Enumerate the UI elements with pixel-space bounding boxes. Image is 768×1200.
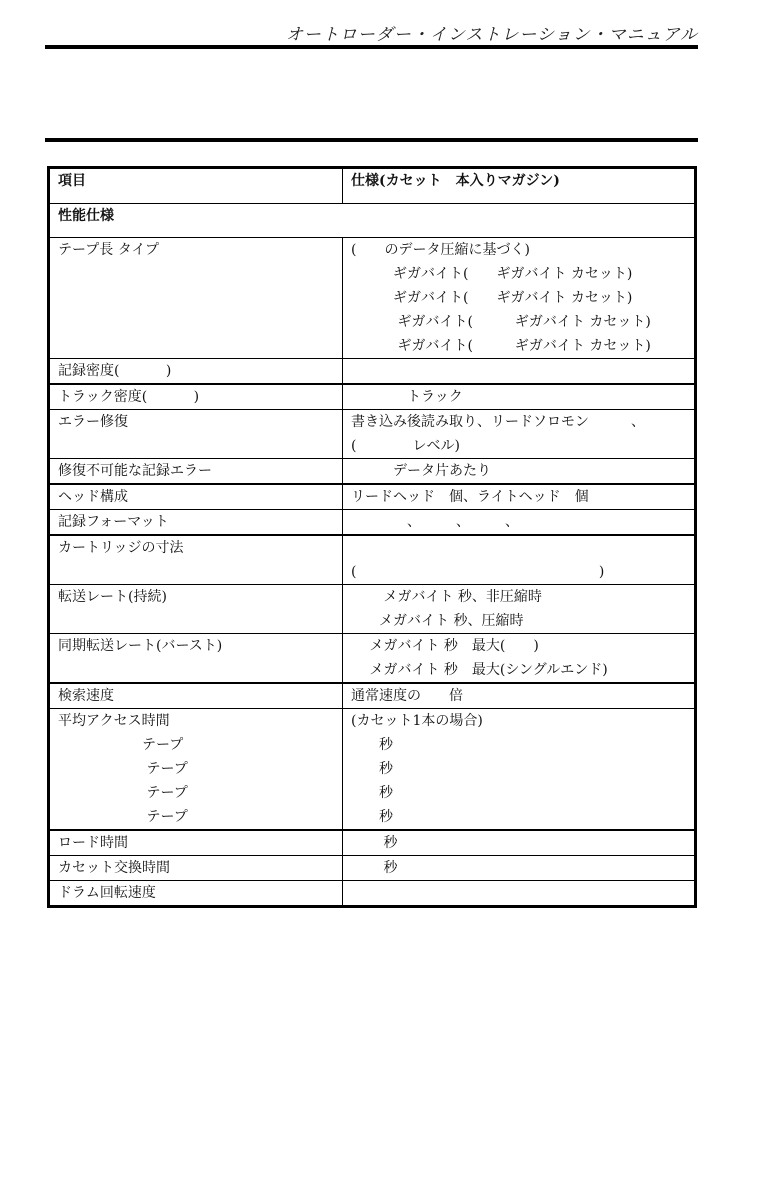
table-header-row: 項目 仕様(カセット 本入りマガジン) — [49, 168, 696, 204]
value-line: 通常速度の 倍 — [351, 684, 686, 708]
table-row: 平均アクセス時間 テープ テープ テープ テープ(カセット1本の場合) 秒 秒 … — [49, 709, 696, 831]
row-value: メガバイト 秒 最大( ) メガバイト 秒 最大(シングルエンド) — [343, 634, 696, 684]
row-label: ドラム回転速度 — [49, 881, 343, 907]
row-label: 同期転送レート(バースト) — [49, 634, 343, 684]
value-line: メガバイト 秒、圧縮時 — [351, 609, 686, 633]
row-value: ( のデータ圧縮に基づく) ギガバイト( ギガバイト カセット) ギガバイト( … — [343, 238, 696, 359]
value-line: 秒 — [351, 757, 686, 781]
label-line: カートリッジの寸法 — [58, 536, 334, 560]
value-line: 秒 — [351, 781, 686, 805]
row-label: ヘッド構成 — [49, 484, 343, 510]
value-line: メガバイト 秒 最大( ) — [351, 634, 686, 658]
row-value: 、 、 、 — [343, 510, 696, 536]
table-row: 記録フォーマット 、 、 、 — [49, 510, 696, 536]
label-line: 修復不可能な記録エラー — [58, 459, 334, 483]
value-line — [351, 359, 686, 383]
row-value — [343, 881, 696, 907]
row-label: ロード時間 — [49, 830, 343, 856]
section-title: 性能仕様 — [49, 204, 696, 238]
header-rule — [45, 45, 698, 49]
row-value: 通常速度の 倍 — [343, 683, 696, 709]
value-line: ギガバイト( ギガバイト カセット) — [351, 334, 686, 358]
value-line: 秒 — [351, 831, 686, 855]
value-line: 秒 — [351, 856, 686, 880]
table-row: カセット交換時間 秒 — [49, 856, 696, 881]
table-row: 転送レート(持続) メガバイト 秒、非圧縮時 メガバイト 秒、圧縮時 — [49, 585, 696, 634]
header-spec: 仕様(カセット 本入りマガジン) — [343, 168, 696, 204]
value-line — [351, 881, 686, 905]
label-line: 検索速度 — [58, 684, 334, 708]
section-rule — [45, 138, 698, 142]
row-value: データ片あたり — [343, 459, 696, 485]
label-line: テープ — [58, 805, 334, 829]
value-line: ギガバイト( ギガバイト カセット) — [351, 262, 686, 286]
value-line: メガバイト 秒、非圧縮時 — [351, 585, 686, 609]
table-row: カートリッジの寸法 ( ) — [49, 535, 696, 585]
row-value: ( ) — [343, 535, 696, 585]
row-label: カセット交換時間 — [49, 856, 343, 881]
value-line: メガバイト 秒 最大(シングルエンド) — [351, 658, 686, 682]
table-row: 同期転送レート(バースト) メガバイト 秒 最大( ) メガバイト 秒 最大(シ… — [49, 634, 696, 684]
label-line: ヘッド構成 — [58, 485, 334, 509]
row-value: (カセット1本の場合) 秒 秒 秒 秒 — [343, 709, 696, 831]
spec-table: 項目 仕様(カセット 本入りマガジン) 性能仕様 テープ長 タイプ( のデータ圧… — [47, 166, 697, 908]
label-line: ロード時間 — [58, 831, 334, 855]
value-line: ギガバイト( ギガバイト カセット) — [351, 310, 686, 334]
label-line: テープ長 タイプ — [58, 238, 334, 262]
value-line: トラック — [351, 385, 686, 409]
label-line: トラック密度( ) — [58, 385, 334, 409]
row-label: カートリッジの寸法 — [49, 535, 343, 585]
header-item: 項目 — [49, 168, 343, 204]
row-value: 秒 — [343, 856, 696, 881]
label-line: テープ — [58, 757, 334, 781]
value-line: ( レベル) — [351, 434, 686, 458]
row-label: トラック密度( ) — [49, 384, 343, 410]
table-row: ドラム回転速度 — [49, 881, 696, 907]
value-line: リードヘッド 個、ライトヘッド 個 — [351, 485, 686, 509]
label-line: 記録密度( ) — [58, 359, 334, 383]
row-label: エラー修復 — [49, 410, 343, 459]
table-row: ロード時間 秒 — [49, 830, 696, 856]
value-line: ギガバイト( ギガバイト カセット) — [351, 286, 686, 310]
section-row: 性能仕様 — [49, 204, 696, 238]
row-value: リードヘッド 個、ライトヘッド 個 — [343, 484, 696, 510]
table-row: ヘッド構成リードヘッド 個、ライトヘッド 個 — [49, 484, 696, 510]
label-line: 同期転送レート(バースト) — [58, 634, 334, 658]
row-value: トラック — [343, 384, 696, 410]
label-line: カセット交換時間 — [58, 856, 334, 880]
row-value: 書き込み後読み取り、リードソロモン 、( レベル) — [343, 410, 696, 459]
row-value: メガバイト 秒、非圧縮時 メガバイト 秒、圧縮時 — [343, 585, 696, 634]
spec-rows: テープ長 タイプ( のデータ圧縮に基づく) ギガバイト( ギガバイト カセット)… — [49, 238, 696, 907]
table-row: 修復不可能な記録エラー データ片あたり — [49, 459, 696, 485]
label-line: 平均アクセス時間 — [58, 709, 334, 733]
label-line: ドラム回転速度 — [58, 881, 334, 905]
label-line: テープ — [58, 781, 334, 805]
value-line: データ片あたり — [351, 459, 686, 483]
row-value — [343, 359, 696, 385]
row-label: 修復不可能な記録エラー — [49, 459, 343, 485]
running-header: オートローダー・インストレーション・マニュアル — [286, 20, 698, 45]
value-line: 、 、 、 — [351, 510, 686, 534]
table-row: テープ長 タイプ( のデータ圧縮に基づく) ギガバイト( ギガバイト カセット)… — [49, 238, 696, 359]
table-row: エラー修復書き込み後読み取り、リードソロモン 、( レベル) — [49, 410, 696, 459]
row-value: 秒 — [343, 830, 696, 856]
value-line — [351, 536, 686, 560]
row-label: 記録密度( ) — [49, 359, 343, 385]
label-line: 転送レート(持続) — [58, 585, 334, 609]
value-line: 秒 — [351, 733, 686, 757]
row-label: テープ長 タイプ — [49, 238, 343, 359]
row-label: 転送レート(持続) — [49, 585, 343, 634]
table-row: 記録密度( ) — [49, 359, 696, 385]
value-line: ( のデータ圧縮に基づく) — [351, 238, 686, 262]
value-line: ( ) — [351, 560, 686, 584]
label-line: テープ — [58, 733, 334, 757]
value-line: 書き込み後読み取り、リードソロモン 、 — [351, 410, 686, 434]
value-line: (カセット1本の場合) — [351, 709, 686, 733]
table-row: 検索速度通常速度の 倍 — [49, 683, 696, 709]
value-line: 秒 — [351, 805, 686, 829]
label-line: エラー修復 — [58, 410, 334, 434]
row-label: 検索速度 — [49, 683, 343, 709]
table-row: トラック密度( ) トラック — [49, 384, 696, 410]
row-label: 記録フォーマット — [49, 510, 343, 536]
label-line: 記録フォーマット — [58, 510, 334, 534]
row-label: 平均アクセス時間 テープ テープ テープ テープ — [49, 709, 343, 831]
